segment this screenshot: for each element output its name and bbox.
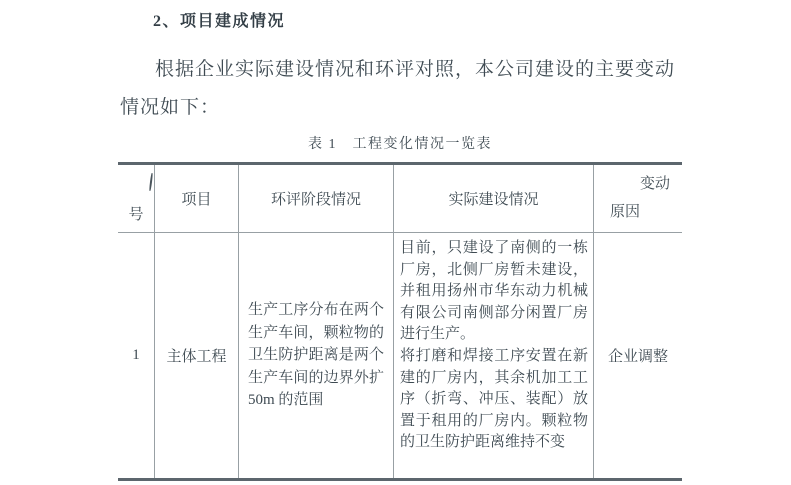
header-actual-construction: 实际建设情况 bbox=[394, 165, 594, 233]
row-eia-stage-text: 生产工序分布在两个生产车间，颗粒物的卫生防护距离是两个生产车间的边界外扩 50m… bbox=[248, 299, 384, 412]
row-actual-paragraph-1: 目前，只建设了南侧的一栋厂房，北侧厂房暂未建设，并租用扬州市华东动力机械有限公司… bbox=[400, 238, 588, 346]
header-seq: 号 bbox=[118, 165, 155, 233]
row-actual-construction-cell: 目前，只建设了南侧的一栋厂房，北侧厂房暂未建设，并租用扬州市华东动力机械有限公司… bbox=[394, 233, 594, 478]
scan-artifact-mark bbox=[149, 173, 153, 191]
header-eia-stage: 环评阶段情况 bbox=[239, 165, 394, 233]
header-change-reason-line1: 变动 bbox=[594, 172, 682, 193]
paragraph-line-2: 情况如下： bbox=[120, 92, 220, 119]
header-project-label: 项目 bbox=[181, 188, 211, 209]
header-eia-stage-label: 环评阶段情况 bbox=[271, 188, 361, 209]
table-caption: 表 1 工程变化情况一览表 bbox=[118, 133, 682, 153]
row-change-reason-cell: 企业调整 bbox=[594, 233, 682, 478]
project-change-table: 号 项目 环评阶段情况 实际建设情况 变动 原因 1 主体工程 生产工序分布在两… bbox=[118, 162, 682, 481]
header-project: 项目 bbox=[155, 165, 239, 233]
header-actual-construction-label: 实际建设情况 bbox=[448, 188, 538, 209]
row-seq-cell: 1 bbox=[118, 233, 155, 478]
row-actual-paragraph-2: 将打磨和焊接工序安置在新建的厂房内，其余机加工工序（折弯、冲压、装配）放置于租用… bbox=[400, 346, 588, 454]
row-eia-stage-cell: 生产工序分布在两个生产车间，颗粒物的卫生防护距离是两个生产车间的边界外扩 50m… bbox=[239, 233, 394, 478]
row-change-reason-value: 企业调整 bbox=[608, 345, 668, 366]
paragraph-line-1: 根据企业实际建设情况和环评对照，本公司建设的主要变动 bbox=[155, 54, 675, 81]
section-heading: 2、项目建成情况 bbox=[153, 8, 285, 31]
row-project-cell: 主体工程 bbox=[155, 233, 239, 478]
document-page: 2、项目建成情况 根据企业实际建设情况和环评对照，本公司建设的主要变动 情况如下… bbox=[0, 0, 791, 485]
row-project-value: 主体工程 bbox=[166, 345, 226, 366]
header-change-reason: 变动 原因 bbox=[594, 165, 682, 233]
row-seq-value: 1 bbox=[132, 347, 140, 364]
header-change-reason-line2: 原因 bbox=[594, 200, 682, 221]
header-seq-label: 号 bbox=[128, 203, 143, 224]
